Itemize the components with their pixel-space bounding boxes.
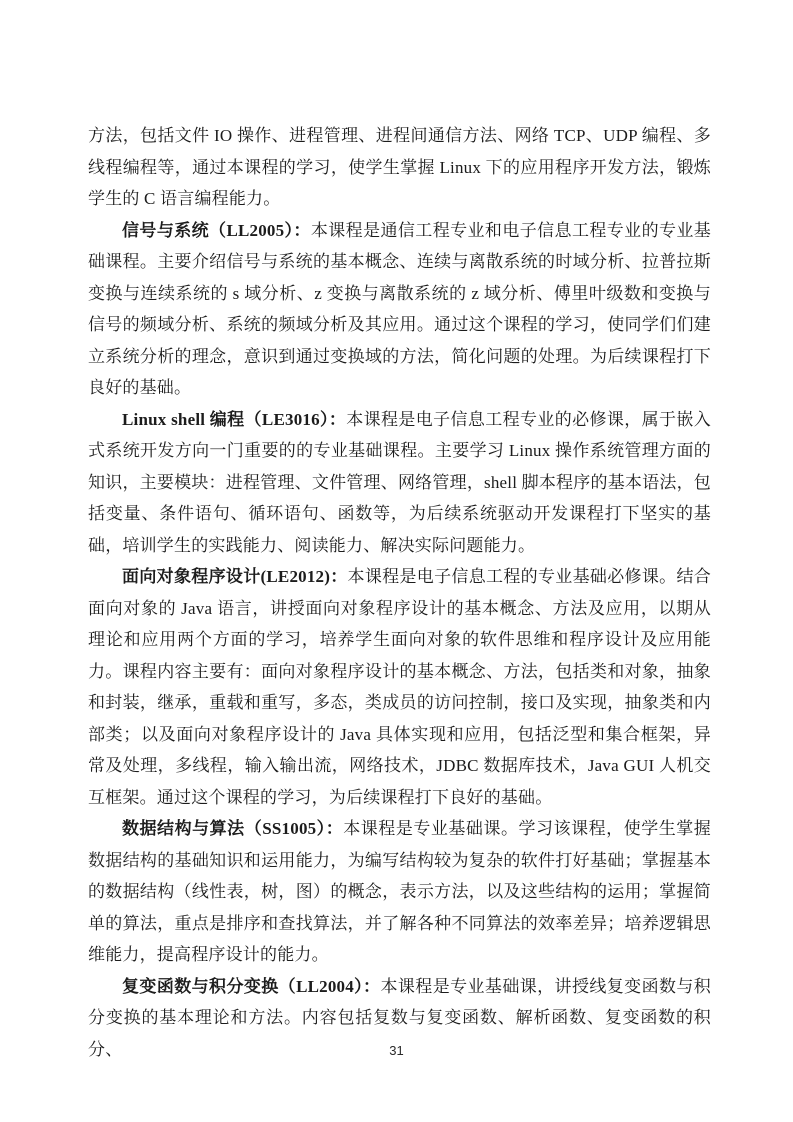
paragraph: 面向对象程序设计(LE2012)：本课程是电子信息工程的专业基础必修课。结合面向… xyxy=(88,561,711,813)
course-title: 面向对象程序设计(LE2012)： xyxy=(122,567,348,586)
paragraph-text: 方法，包括文件 IO 操作、进程管理、进程间通信方法、网络 TCP、UDP 编程… xyxy=(88,126,711,208)
paragraph-text: 本课程是电子信息工程专业的必修课，属于嵌入式系统开发方向一门重要的的专业基础课程… xyxy=(88,410,711,555)
paragraph-text: 本课程是专业基础课。学习该课程，使学生掌握数据结构的基础知识和运用能力，为编写结… xyxy=(88,819,711,964)
paragraph: 数据结构与算法（SS1005）：本课程是专业基础课。学习该课程，使学生掌握数据结… xyxy=(88,813,711,971)
paragraph-text: 本课程是电子信息工程的专业基础必修课。结合面向对象的 Java 语言，讲授面向对… xyxy=(88,567,711,807)
document-page: 方法，包括文件 IO 操作、进程管理、进程间通信方法、网络 TCP、UDP 编程… xyxy=(0,0,793,1122)
course-title: 复变函数与积分变换（LL2004）： xyxy=(122,977,380,996)
paragraph: 方法，包括文件 IO 操作、进程管理、进程间通信方法、网络 TCP、UDP 编程… xyxy=(88,120,711,215)
paragraph: 信号与系统（LL2005）：本课程是通信工程专业和电子信息工程专业的专业基础课程… xyxy=(88,215,711,404)
page-number: 31 xyxy=(389,1043,403,1058)
course-title: 信号与系统（LL2005）： xyxy=(122,221,311,240)
paragraph: Linux shell 编程（LE3016）：本课程是电子信息工程专业的必修课，… xyxy=(88,404,711,562)
page-footer: 31 xyxy=(0,1042,793,1060)
paragraph-text: 本课程是通信工程专业和电子信息工程专业的专业基础课程。主要介绍信号与系统的基本概… xyxy=(88,221,711,398)
course-title: 数据结构与算法（SS1005）： xyxy=(122,819,343,838)
course-title: Linux shell 编程（LE3016）： xyxy=(122,410,346,429)
page-body: 方法，包括文件 IO 操作、进程管理、进程间通信方法、网络 TCP、UDP 编程… xyxy=(88,120,711,1065)
